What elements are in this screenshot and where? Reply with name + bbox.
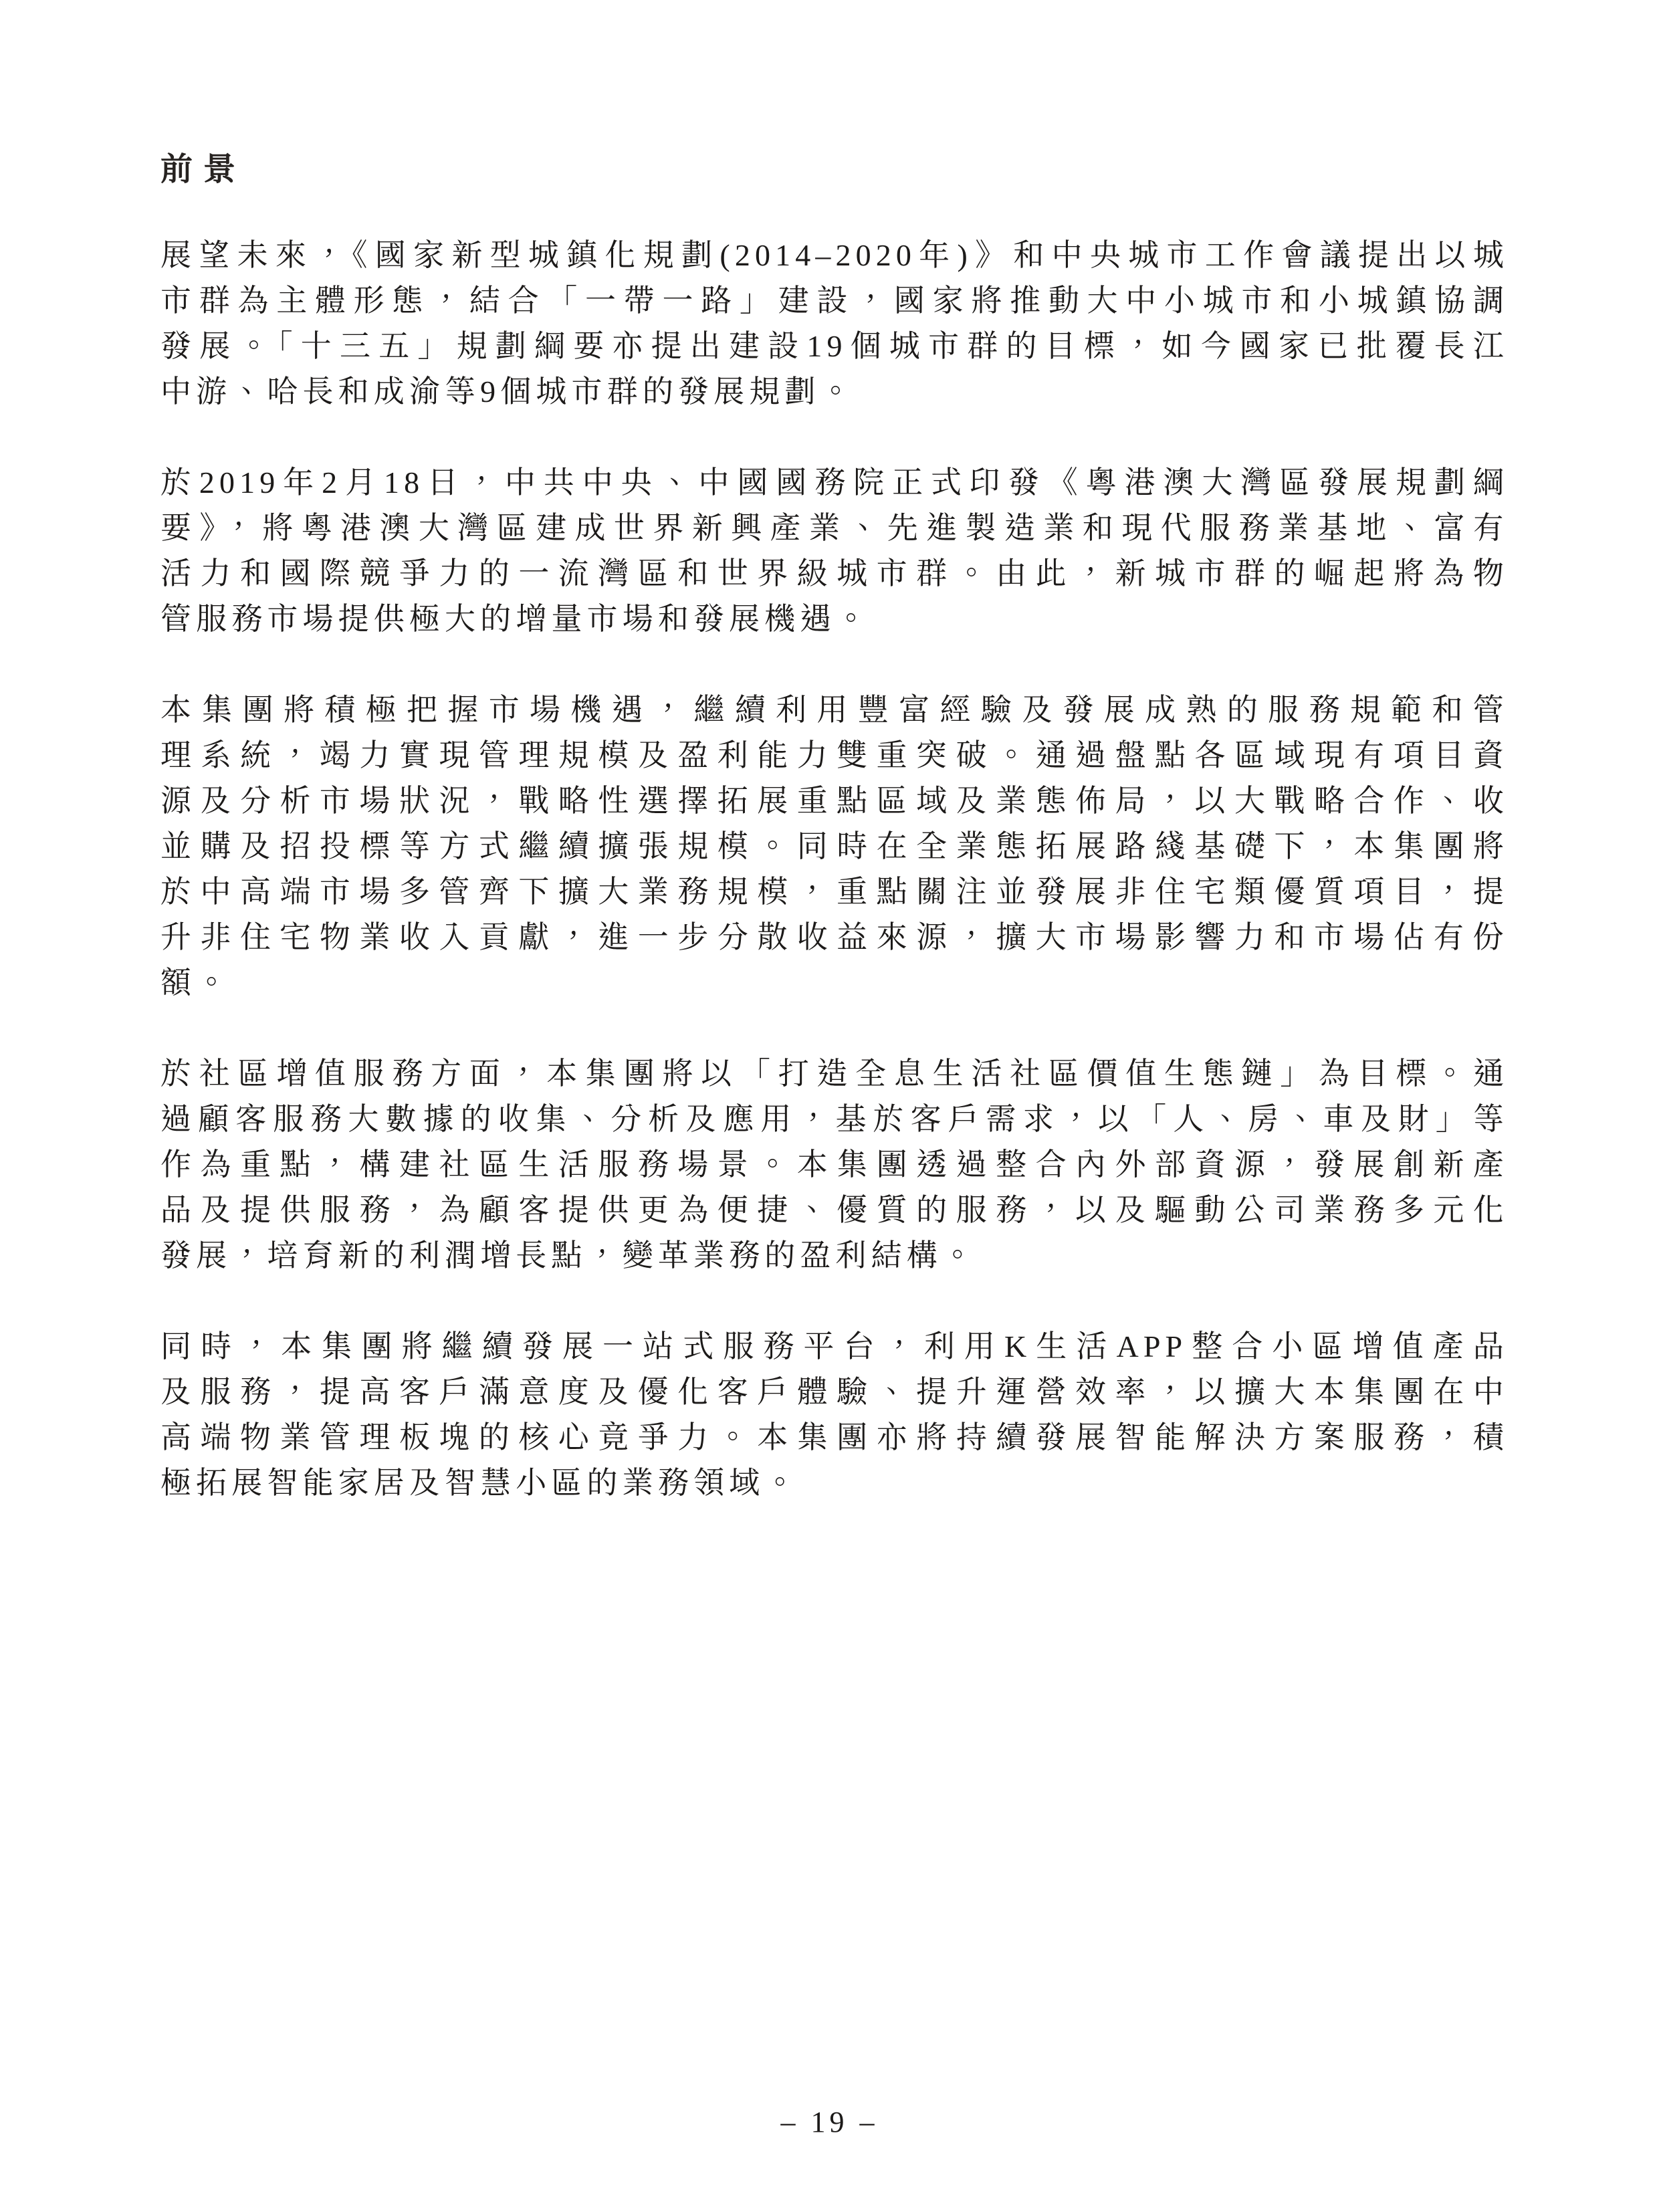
text-line: 高端物業管理板塊的核心竟爭力。本集團亦將持續發展智能解決方案服務，積: [160, 1415, 1509, 1460]
text-line: 管服務市場提供極大的增量市場和發展機遇。: [160, 596, 1509, 642]
paragraph: 同時，本集團將繼續發展一站式服務平台，利用K生活APP整合小區增值產品 及服務，…: [160, 1324, 1509, 1506]
text-line: 同時，本集團將繼續發展一站式服務平台，利用K生活APP整合小區增值產品: [160, 1324, 1509, 1369]
text-line: 及服務，提高客戶滿意度及優化客戶體驗、提升運營效率，以擴大本集團在中: [160, 1369, 1509, 1415]
paragraph: 於社區增值服務方面，本集團將以「打造全息生活社區價值生態鏈」為目標。通 過顧客服…: [160, 1051, 1509, 1279]
text-line: 理系統，竭力實現管理規模及盈利能力雙重突破。通過盤點各區域現有項目資: [160, 733, 1509, 778]
text-line: 並購及招投標等方式繼續擴張規模。同時在全業態拓展路綫基礎下，本集團將: [160, 824, 1509, 869]
text-line: 於社區增值服務方面，本集團將以「打造全息生活社區價值生態鏈」為目標。通: [160, 1051, 1509, 1097]
text-line: 額。: [160, 960, 1509, 1006]
text-line: 活力和國際競爭力的一流灣區和世界級城市群。由此，新城市群的崛起將為物: [160, 551, 1509, 596]
text-line: 發展，培育新的利潤增長點，變革業務的盈利結構。: [160, 1233, 1509, 1279]
paragraph: 展望未來，《國家新型城鎮化規劃(2014–2020年)》和中央城市工作會議提出以…: [160, 233, 1509, 415]
text-line: 中游、哈長和成渝等9個城市群的發展規劃。: [160, 369, 1509, 415]
page-content: 前景 展望未來，《國家新型城鎮化規劃(2014–2020年)》和中央城市工作會議…: [160, 148, 1509, 1506]
text-line: 品及提供服務，為顧客提供更為便捷、優質的服務，以及驅動公司業務多元化: [160, 1188, 1509, 1233]
text-line: 於中高端市場多管齊下擴大業務規模，重點關注並發展非住宅類優質項目，提: [160, 869, 1509, 915]
paragraph: 本集團將積極把握市場機遇，繼續利用豐富經驗及發展成熟的服務規範和管 理系統，竭力…: [160, 687, 1509, 1006]
text-line: 源及分析市場狀況，戰略性選擇拓展重點區域及業態佈局，以大戰略合作、收: [160, 778, 1509, 824]
page-number: – 19 –: [0, 2105, 1659, 2139]
text-line: 於2019年2月18日，中共中央、中國國務院正式印發《粵港澳大灣區發展規劃綱: [160, 460, 1509, 506]
text-line: 升非住宅物業收入貢獻，進一步分散收益來源，擴大市場影響力和市場佔有份: [160, 915, 1509, 960]
text-line: 過顧客服務大數據的收集、分析及應用，基於客戶需求，以「人、房、車及財」等: [160, 1097, 1509, 1142]
text-line: 市群為主體形態，結合「一帶一路」建設，國家將推動大中小城市和小城鎮協調: [160, 278, 1509, 324]
section-heading: 前景: [160, 148, 1509, 191]
document-page: 前景 展望未來，《國家新型城鎮化規劃(2014–2020年)》和中央城市工作會議…: [0, 0, 1659, 2212]
text-line: 展望未來，《國家新型城鎮化規劃(2014–2020年)》和中央城市工作會議提出以…: [160, 233, 1509, 278]
paragraph: 於2019年2月18日，中共中央、中國國務院正式印發《粵港澳大灣區發展規劃綱 要…: [160, 460, 1509, 642]
text-line: 發展。「十三五」規劃綱要亦提出建設19個城市群的目標，如今國家已批覆長江: [160, 324, 1509, 369]
text-line: 要》，將粵港澳大灣區建成世界新興產業、先進製造業和現代服務業基地、富有: [160, 506, 1509, 551]
text-line: 本集團將積極把握市場機遇，繼續利用豐富經驗及發展成熟的服務規範和管: [160, 687, 1509, 733]
text-line: 作為重點，構建社區生活服務場景。本集團透過整合內外部資源，發展創新產: [160, 1142, 1509, 1188]
text-line: 極拓展智能家居及智慧小區的業務領域。: [160, 1460, 1509, 1506]
